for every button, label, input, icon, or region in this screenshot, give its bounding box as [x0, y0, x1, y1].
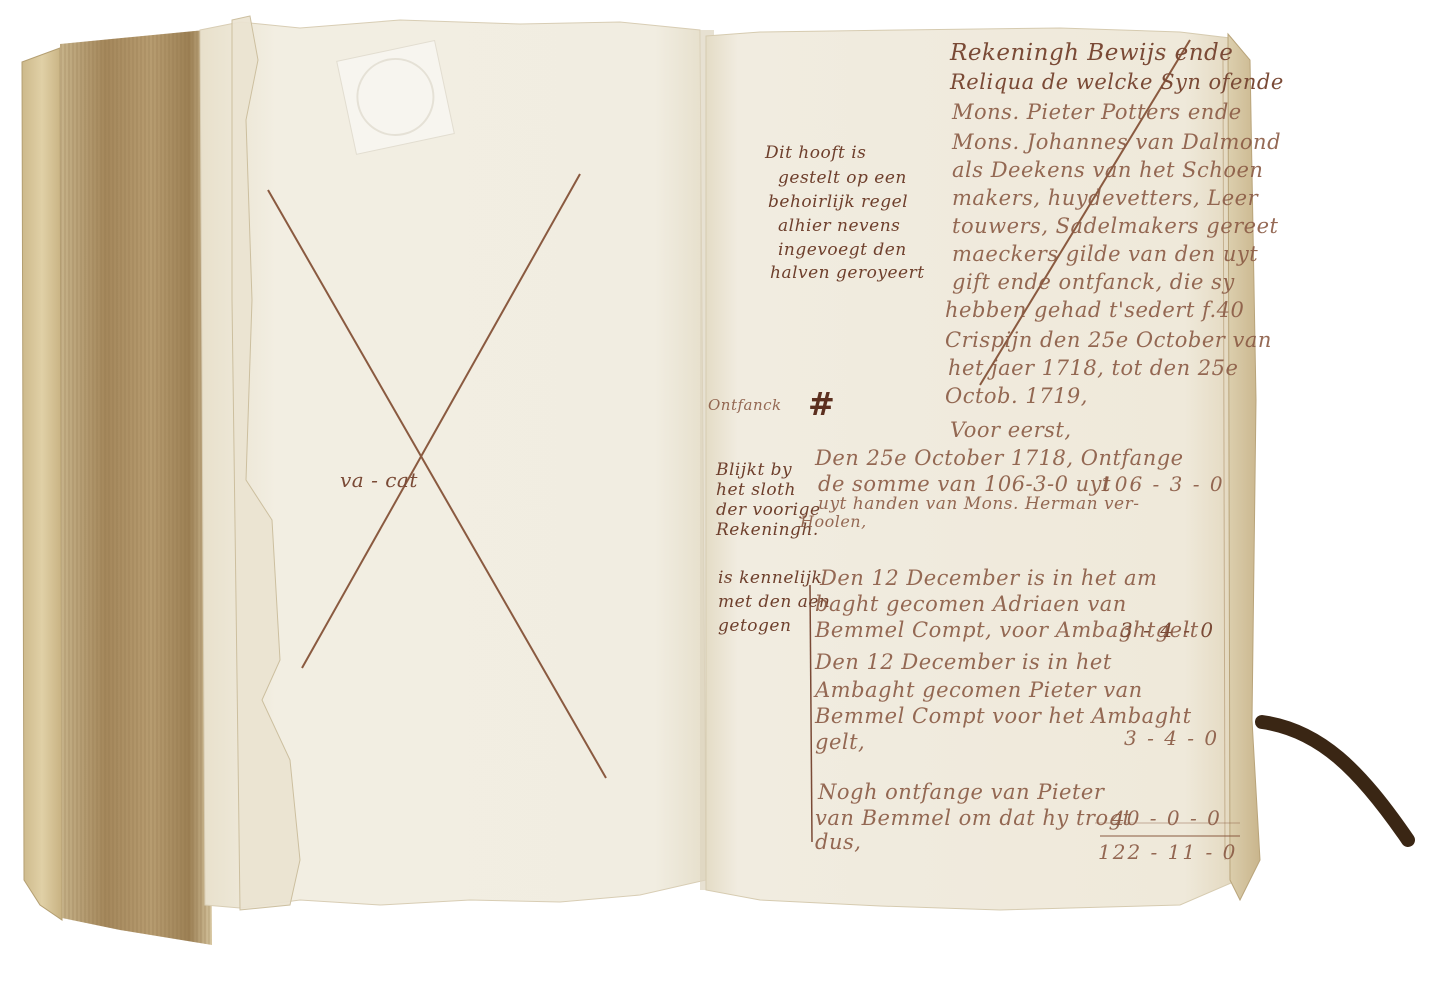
embossed-seal: [337, 41, 455, 155]
vacat-word: va - cat: [340, 470, 418, 490]
section-mark: #: [808, 388, 835, 420]
account-total: 122 - 11 - 0: [1098, 842, 1237, 862]
section-label-ontfanck: Ontfanck: [708, 398, 782, 413]
entry-4-amount: 40 - 0 - 0: [1112, 808, 1222, 828]
photograph-open-account-book: va - cat Dit hooft is gestelt op een beh…: [0, 0, 1440, 986]
entry-2-amount: 3 - 4 - 0: [1120, 620, 1215, 640]
entry-1-amount: 106 - 3 - 0: [1100, 474, 1225, 494]
entry-3-amount: 3 - 4 - 0: [1124, 728, 1219, 748]
vellum-cover: [22, 48, 62, 920]
ribbon-bookmark: [1262, 722, 1408, 840]
